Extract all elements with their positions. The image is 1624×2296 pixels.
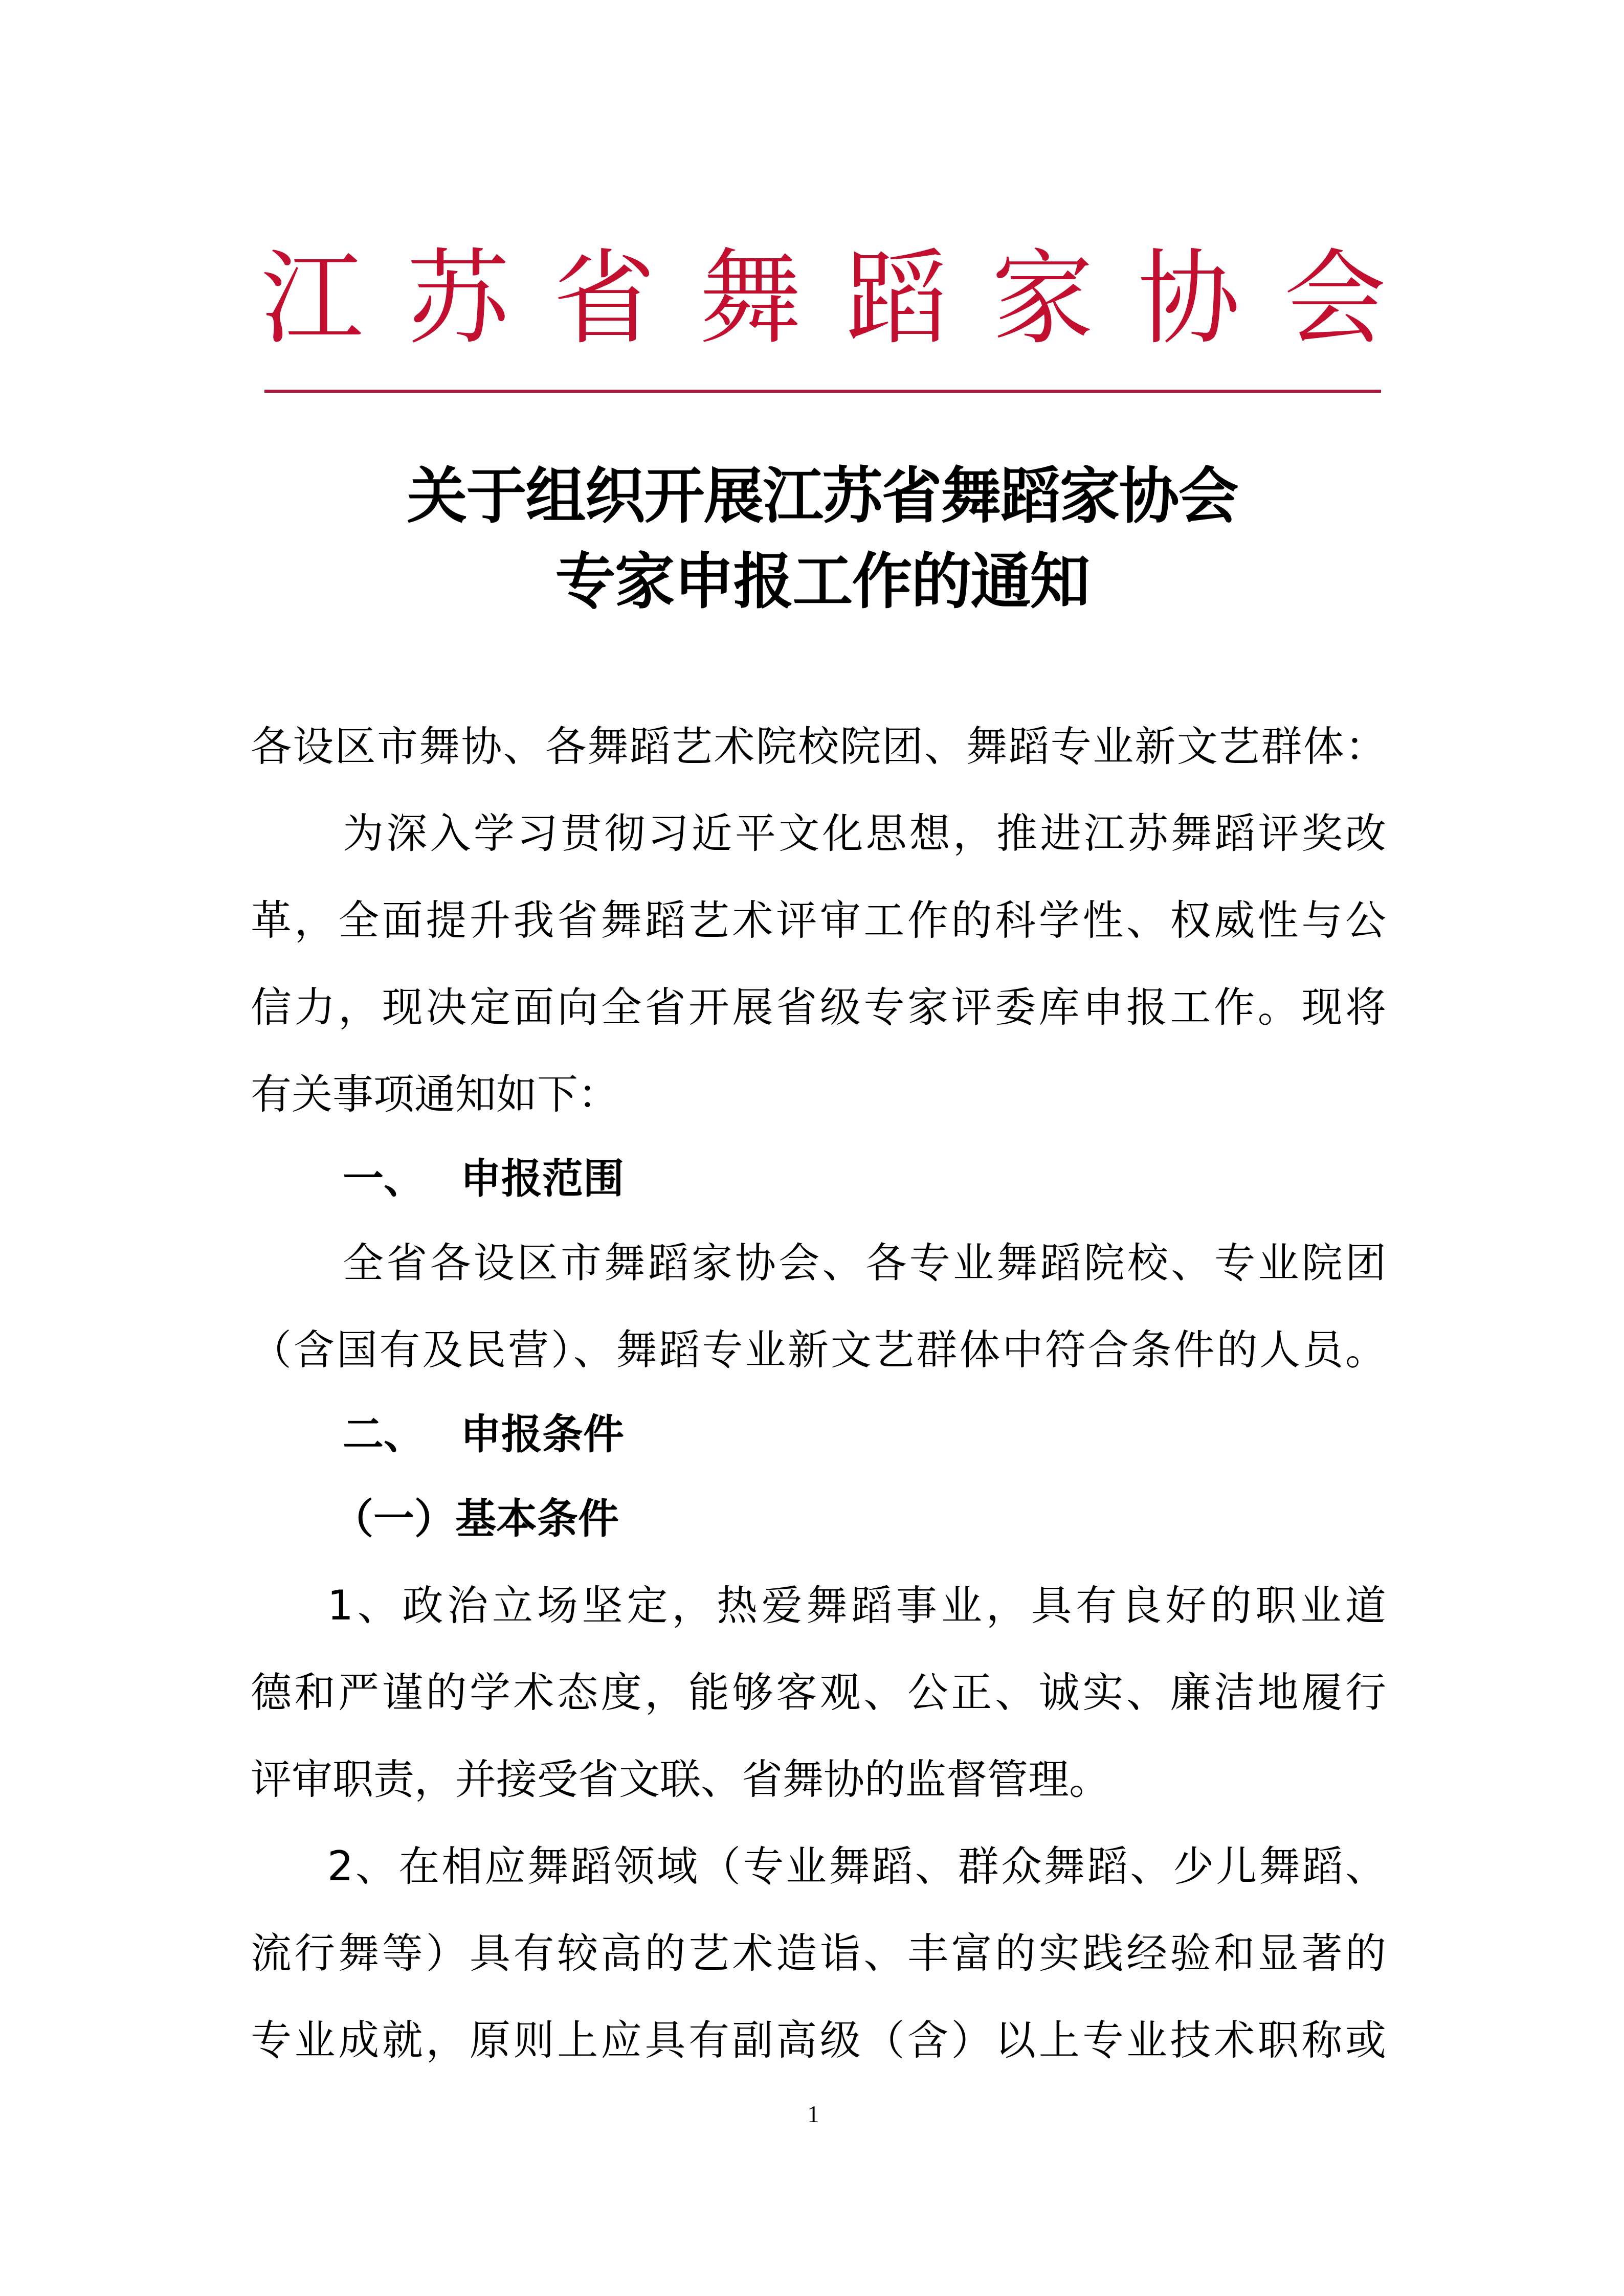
intro-line: 信力，现决定面向全省开展省级专家评委库申报工作。现将 — [251, 977, 1386, 1038]
letterhead-char: 协 — [1138, 240, 1240, 358]
letterhead-char: 蹈 — [846, 240, 948, 358]
section-title: 申报条件 — [460, 1410, 624, 1458]
letterhead-char: 江 — [261, 240, 363, 358]
condition-item-2-line: 专业成就，原则上应具有副高级（含）以上专业技术职称或 — [251, 2010, 1386, 2071]
letterhead-char: 会 — [1284, 240, 1386, 358]
section-number: 一、 — [343, 1148, 460, 1209]
intro-line: 为深入学习贯彻习近平文化思想，推进江苏舞蹈评奖改 — [343, 803, 1386, 864]
intro-line: 有关事项通知如下： — [251, 1064, 1386, 1125]
document-title-line-1: 关于组织开展江苏省舞蹈家协会 — [0, 458, 1624, 534]
subsection-heading-basic: （一）基本条件 — [332, 1488, 619, 1549]
section-heading-scope: 一、申报范围 — [343, 1148, 624, 1209]
letterhead-divider — [264, 390, 1381, 393]
page-number: 1 — [798, 2099, 829, 2130]
condition-item-2-line: 流行舞等）具有较高的艺术造诣、丰富的实践经验和显著的 — [251, 1923, 1386, 1984]
letterhead-char: 舞 — [699, 240, 802, 358]
section-heading-conditions: 二、申报条件 — [343, 1404, 624, 1465]
scope-line: 全省各设区市舞蹈家协会、各专业舞蹈院校、专业院团 — [343, 1232, 1386, 1294]
condition-item-1-line: 评审职责，并接受省文联、省舞协的监督管理。 — [251, 1749, 1386, 1810]
letterhead-char: 苏 — [407, 240, 509, 358]
condition-item-2-line: 2、在相应舞蹈领域（专业舞蹈、群众舞蹈、少儿舞蹈、 — [327, 1836, 1386, 1897]
letterhead-char: 省 — [553, 240, 655, 358]
condition-item-1-line: 德和严谨的学术态度，能够客观、公正、诚实、廉洁地履行 — [251, 1662, 1386, 1723]
letterhead-char: 家 — [992, 240, 1094, 358]
salutation: 各设区市舞协、各舞蹈艺术院校院团、舞蹈专业新文艺群体： — [251, 716, 1386, 777]
section-number: 二、 — [343, 1404, 460, 1465]
condition-item-1-line: 1、政治立场坚定，热爱舞蹈事业，具有良好的职业道 — [327, 1575, 1386, 1636]
document-title-line-2: 专家申报工作的通知 — [0, 543, 1624, 620]
scope-line: （含国有及民营）、舞蹈专业新文艺群体中符合条件的人员。 — [251, 1319, 1386, 1381]
section-title: 申报范围 — [460, 1155, 624, 1202]
letterhead-org-name: 江 苏 省 舞 蹈 家 协 会 — [261, 240, 1386, 358]
intro-line: 革，全面提升我省舞蹈艺术评审工作的科学性、权威性与公 — [251, 890, 1386, 951]
